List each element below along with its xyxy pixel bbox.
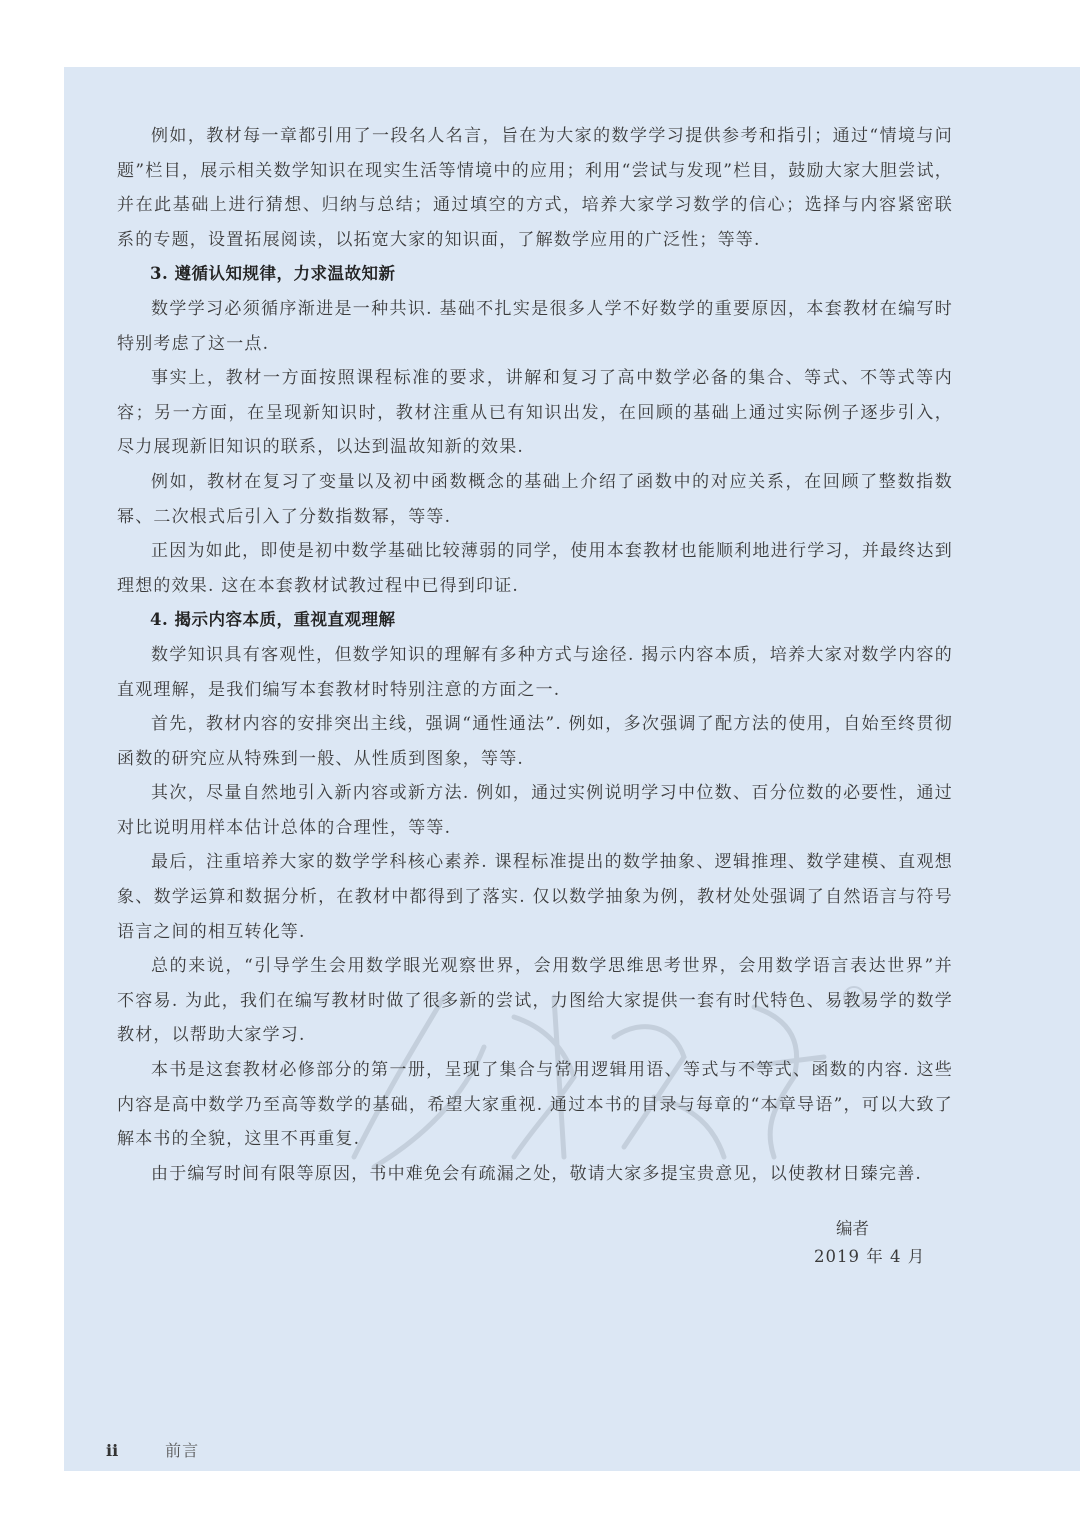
paragraph: 例如，教材在复习了变量以及初中函数概念的基础上介绍了函数中的对应关系，在回顾了整…: [117, 465, 953, 534]
paragraph: 最后，注重培养大家的数学学科核心素养. 课程标准提出的数学抽象、逻辑推理、数学建…: [117, 845, 953, 949]
paragraph: 例如，教材每一章都引用了一段名人名言，旨在为大家的数学学习提供参考和指引；通过“…: [117, 119, 953, 257]
page-number: ii: [106, 1441, 160, 1460]
paragraph: 其次，尽量自然地引入新内容或新方法. 例如，通过实例说明学习中位数、百分位数的必…: [117, 776, 953, 845]
paragraph: 本书是这套教材必修部分的第一册，呈现了集合与常用逻辑用语、等式与不等式、函数的内…: [117, 1053, 953, 1157]
page-footer: ii 前言: [106, 1438, 199, 1461]
section-heading: 3. 遵循认知规律，力求温故知新: [117, 257, 953, 292]
paragraph: 事实上，教材一方面按照课程标准的要求，讲解和复习了高中数学必备的集合、等式、不等…: [117, 361, 953, 465]
paragraph: 总的来说，“引导学生会用数学眼光观察世界，会用数学思维思考世界，会用数学语言表达…: [117, 949, 953, 1053]
paragraph: 正因为如此，即使是初中数学基础比较薄弱的同学，使用本套教材也能顺利地进行学习，并…: [117, 534, 953, 603]
paragraph: 由于编写时间有限等原因，书中难免会有疏漏之处，敬请大家多提宝贵意见，以使教材日臻…: [117, 1157, 953, 1192]
preface-body: 例如，教材每一章都引用了一段名人名言，旨在为大家的数学学习提供参考和指引；通过“…: [117, 119, 953, 1191]
section-title: 前言: [165, 1441, 199, 1460]
signature-date: 2019 年 4 月: [784, 1243, 944, 1271]
signature-block: 编者 2019 年 4 月: [784, 1215, 944, 1271]
paragraph: 数学知识具有客观性，但数学知识的理解有多种方式与途径. 揭示内容本质，培养大家对…: [117, 638, 953, 707]
paragraph: 首先，教材内容的安排突出主线，强调“通性通法”. 例如，多次强调了配方法的使用，…: [117, 707, 953, 776]
signature-author: 编者: [784, 1215, 944, 1243]
section-heading: 4. 揭示内容本质，重视直观理解: [117, 603, 953, 638]
document-page: ® 例如，教材每一章都引用了一段名人名言，旨在为大家的数学学习提供参考和指引；通…: [64, 67, 1080, 1471]
paragraph: 数学学习必须循序渐进是一种共识. 基础不扎实是很多人学不好数学的重要原因，本套教…: [117, 292, 953, 361]
